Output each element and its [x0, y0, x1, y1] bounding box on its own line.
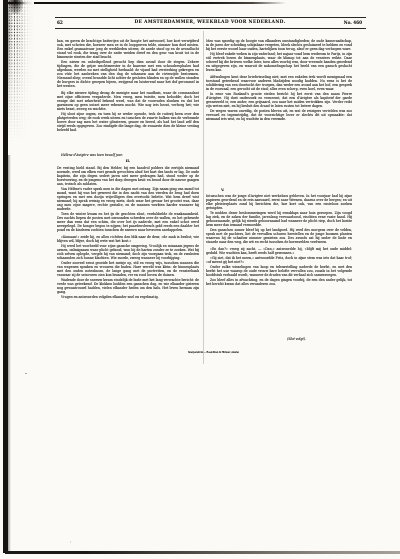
imprint-line: Snelpersdruk — Roeloffzen & Hübner, Amst… — [188, 351, 239, 354]
body-paragraph: «Komaan!» zeide hij, en allen richtten d… — [57, 235, 199, 243]
body-paragraph: «En dan?» vroeg zij zacht. — «Dan,» antw… — [206, 247, 352, 255]
scanned-newspaper-page: { "colors": { "page_bg": "#fbfaf7", "ink… — [0, 0, 400, 559]
body-paragraph: Onder zulke wisselingen van hoop en tele… — [206, 265, 352, 277]
body-paragraph: In eene van Rusland's groote steden beri… — [206, 92, 352, 108]
header-rule-top — [55, 17, 366, 18]
body-paragraph: Onder zooveel ernst groeide het meisje o… — [57, 261, 199, 277]
newspaper-title: DE AMSTERDAMMER, WEEKBLAD VOOR NEDERLAND… — [55, 20, 365, 25]
body-paragraph: kan, en gaven de krachtige batterijen ui… — [57, 39, 199, 59]
body-paragraph: Intusschen was de jonge d'Avigère niet w… — [206, 194, 352, 210]
right-column-section-2: Intusschen was de jonge d'Avigère niet w… — [206, 194, 352, 335]
chapter-heading: II. — [57, 159, 199, 164]
body-paragraph: Den ganschen zomer bleef hij op het land… — [206, 228, 352, 244]
issue-number: No. 460 — [344, 20, 362, 25]
column-divider-rule — [203, 31, 204, 364]
body-paragraph: Toen de winter kwam en het ijs de gracht… — [57, 212, 199, 232]
right-column: Men was spoedig op de hoogte van elkande… — [206, 39, 352, 367]
scan-bottom-border-line — [5, 551, 400, 554]
scan-speck — [70, 541, 71, 543]
byline-italic: Hélène d'Avigère was toen twaalf jaar. — [57, 153, 199, 157]
chapter-heading: V. — [206, 188, 352, 193]
left-column-section-1: kan, en gaven de krachtige batterijen ui… — [57, 39, 199, 151]
left-column-section-2: De vesting hield stand. Bij den Helder, … — [57, 166, 199, 354]
scan-speck — [25, 373, 27, 374]
body-paragraph: Bij elke nieuwe tijding drong de menigte… — [57, 91, 199, 111]
scan-top-border-line — [8, 2, 286, 4]
body-paragraph: Te midden dezer beslommeringen werd hij … — [206, 211, 352, 227]
scan-noise-speckles — [8, 0, 34, 155]
body-paragraph: De wegen waren onveilig, de posten bleve… — [206, 109, 352, 121]
body-paragraph: Vragen en antwoorden volgden elkander sn… — [57, 295, 199, 299]
serial-closing: (Slot volgt). — [206, 337, 352, 341]
body-paragraph: «Gij ziet, dat ik het meen,» antwoordde … — [206, 256, 352, 264]
body-paragraph: Hij bleef enkele weken in zijn vaderland… — [206, 52, 352, 72]
body-paragraph: Van Hélène's vader sprak men in die dage… — [57, 187, 199, 211]
body-paragraph: Hij werd het voorbeeld voor zijne gansch… — [57, 244, 199, 260]
right-column-section-1: Men was spoedig op de hoogte van elkande… — [206, 39, 352, 185]
body-paragraph: Wadende door de sneeuw kwam eindelijk de… — [57, 278, 199, 294]
paper-page: 62 DE AMSTERDAMMER, WEEKBLAD VOOR NEDERL… — [0, 0, 400, 559]
header-rule-bottom — [55, 28, 366, 29]
body-paragraph: Een nieuw en onheilspellend gerucht liep… — [57, 60, 199, 88]
scan-noise-dark-clump — [9, 0, 23, 14]
left-column: kan, en gaven de krachtige batterijen ui… — [57, 39, 199, 365]
body-paragraph: Hij sloot zijne oogen, en toen hij ze we… — [57, 112, 199, 132]
body-paragraph: Afdwalingen kent deze briefwisseling nie… — [206, 75, 352, 91]
body-paragraph: Zoo bleef alles in afwachting, en de dag… — [206, 278, 352, 286]
body-paragraph: Men was spoedig op de hoogte van elkande… — [206, 39, 352, 51]
body-paragraph: De vesting hield stand. Bij den Helder, … — [57, 166, 199, 186]
